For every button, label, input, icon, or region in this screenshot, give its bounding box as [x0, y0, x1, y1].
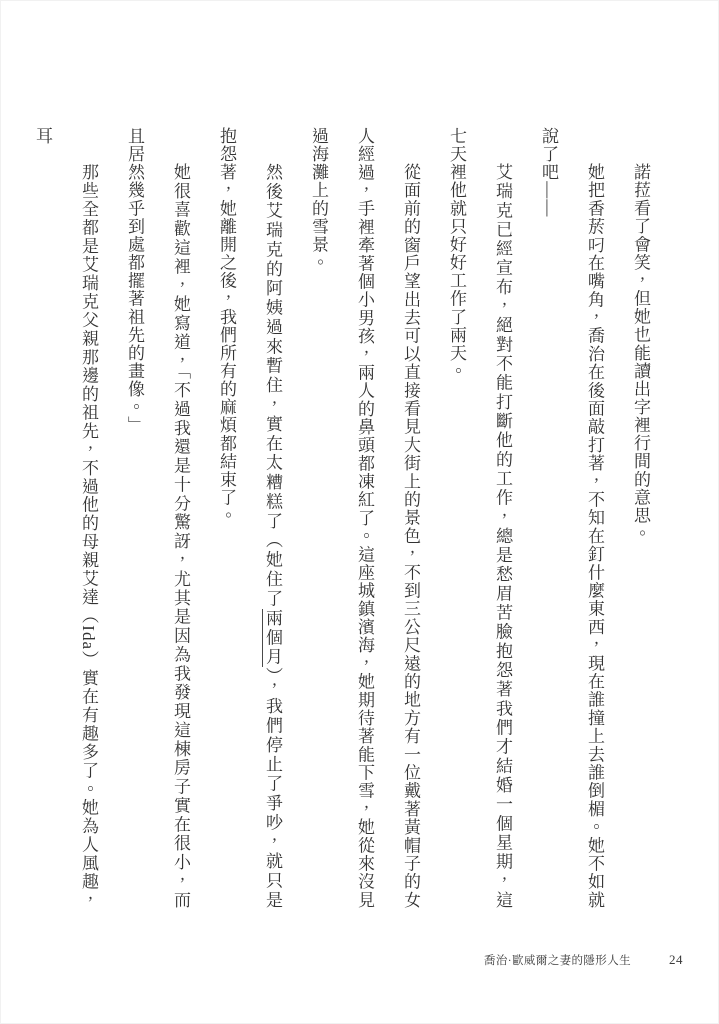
text-segment: 她很喜歡這裡，她寫道，「不過我還是十分驚訝，尤其是因為我發現這棟房子實在很小，而	[171, 163, 190, 909]
emphasized-text: 兩個月	[262, 609, 282, 667]
book-page: 諾菈看了會笑，但她也能讀出字裡行間的意思。她把香菸叼在嘴角，喬治在後面敲打著，不…	[0, 0, 719, 1024]
text-column: 她把香菸叼在嘴角，喬治在後面敲打著，不知在釘什麼東西，現在誰撞上去誰倒楣。她不如…	[571, 127, 617, 909]
text-column: 人經過，手裡牽著個小男孩，兩人的鼻頭都凍紅了。這座城鎮濱海，她期待著能下雪，她從…	[341, 127, 387, 909]
text-segment: 七天裡他就只好好工作了兩天。	[447, 127, 466, 380]
text-column: 且居然幾乎到處都擺著祖先的畫像。」	[111, 127, 157, 909]
text-column: 艾瑞克已經宣布，絕對不能打斷他的工作，總是愁眉苦臉抱怨著我們才結婚一個星期，這	[479, 127, 525, 909]
text-column: 諾菈看了會笑，但她也能讀出字裡行間的意思。	[617, 127, 663, 909]
text-segment: 從面前的窗戶望出去可以直接看見大街上的景色，不到三公尺遠的地方有一位戴著黃帽子的…	[401, 163, 420, 909]
text-segment: 諾菈看了會笑，但她也能讀出字裡行間的意思。	[631, 163, 650, 543]
text-segment: 且居然幾乎到處都擺著祖先的畫像。」	[125, 127, 144, 434]
text-segment: 那些全都是艾瑞克父親那邊的祖先，不過他的母親艾達（Ida）實在有趣多了。她為人風…	[33, 127, 98, 909]
text-column: 七天裡他就只好好工作了兩天。	[433, 127, 479, 909]
text-column: 她很喜歡這裡，她寫道，「不過我還是十分驚訝，尤其是因為我發現這棟房子實在很小，而	[157, 127, 203, 909]
text-segment: 說了吧——	[539, 127, 558, 217]
running-title: 喬治·歐威爾之妻的隱形人生	[484, 952, 631, 968]
text-column: 抱怨著，她離開之後，我們所有的麻煩都結束了。	[203, 127, 249, 909]
text-column: 然後艾瑞克的阿姨過來暫住，實在太糟糕了（她住了兩個月），我們停止了爭吵，就只是	[249, 127, 295, 909]
page-footer: 喬治·歐威爾之妻的隱形人生 24	[484, 952, 683, 968]
text-segment: 她把香菸叼在嘴角，喬治在後面敲打著，不知在釘什麼東西，現在誰撞上去誰倒楣。她不如…	[585, 163, 604, 909]
text-column: 過海灘上的雪景。	[295, 127, 341, 909]
text-column: 那些全都是艾瑞克父親那邊的祖先，不過他的母親艾達（Ida）實在有趣多了。她為人風…	[19, 127, 111, 909]
page-text-block: 諾菈看了會笑，但她也能讀出字裡行間的意思。她把香菸叼在嘴角，喬治在後面敲打著，不…	[19, 127, 663, 909]
text-segment: ），我們停止了爭吵，就只是	[263, 667, 282, 909]
text-column: 說了吧——	[525, 127, 571, 909]
text-segment: 抱怨著，她離開之後，我們所有的麻煩都結束了。	[217, 127, 236, 525]
text-column: 從面前的窗戶望出去可以直接看見大街上的景色，不到三公尺遠的地方有一位戴著黃帽子的…	[387, 127, 433, 909]
text-segment: 然後艾瑞克的阿姨過來暫住，實在太糟糕了（她住了	[263, 163, 282, 609]
page-number: 24	[669, 952, 683, 968]
text-segment: 過海灘上的雪景。	[309, 127, 328, 272]
text-segment: 人經過，手裡牽著個小男孩，兩人的鼻頭都凍紅了。這座城鎮濱海，她期待著能下雪，她從…	[355, 127, 374, 909]
text-segment: 艾瑞克已經宣布，絕對不能打斷他的工作，總是愁眉苦臉抱怨著我們才結婚一個星期，這	[493, 163, 512, 909]
